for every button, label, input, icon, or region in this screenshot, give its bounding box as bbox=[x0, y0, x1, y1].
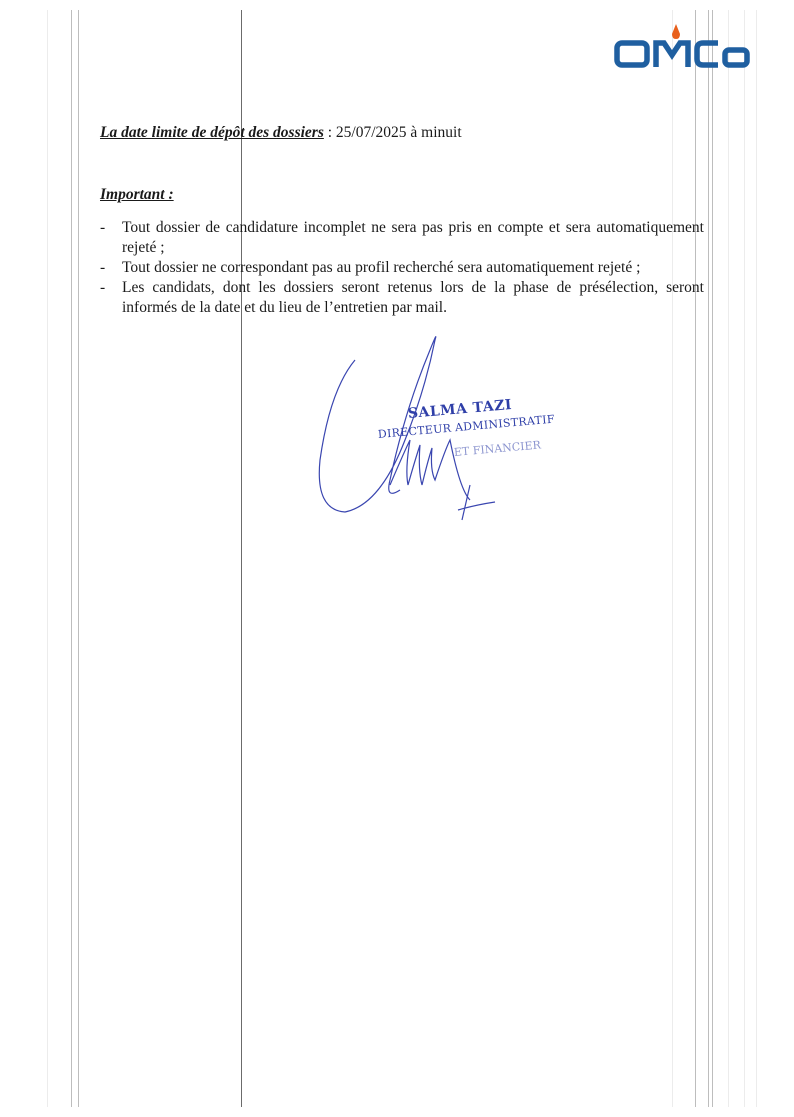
scan-line bbox=[47, 10, 48, 1107]
list-item: -Tout dossier ne correspondant pas au pr… bbox=[100, 258, 704, 278]
list-item: -Tout dossier de candidature incomplet n… bbox=[100, 218, 704, 258]
important-list: -Tout dossier de candidature incomplet n… bbox=[100, 218, 704, 318]
important-title: Important : bbox=[100, 186, 174, 204]
deadline-value: 25/07/2025 à minuit bbox=[336, 124, 462, 141]
scan-line bbox=[708, 10, 709, 1107]
scan-line bbox=[78, 10, 79, 1107]
omco-logo bbox=[614, 22, 752, 70]
scan-line bbox=[712, 10, 713, 1107]
scan-line bbox=[241, 10, 242, 1107]
scan-line bbox=[695, 10, 696, 1107]
flame-icon bbox=[672, 24, 680, 39]
scan-line bbox=[672, 10, 673, 1107]
deadline-label: La date limite de dépôt des dossiers bbox=[100, 124, 324, 141]
list-item: -Les candidats, dont les dossiers seront… bbox=[100, 278, 704, 318]
deadline-line: La date limite de dépôt des dossiers : 2… bbox=[100, 124, 462, 142]
scan-line bbox=[756, 10, 757, 1107]
scan-line bbox=[71, 10, 72, 1107]
scan-line bbox=[744, 10, 745, 1107]
scan-line bbox=[728, 10, 729, 1107]
